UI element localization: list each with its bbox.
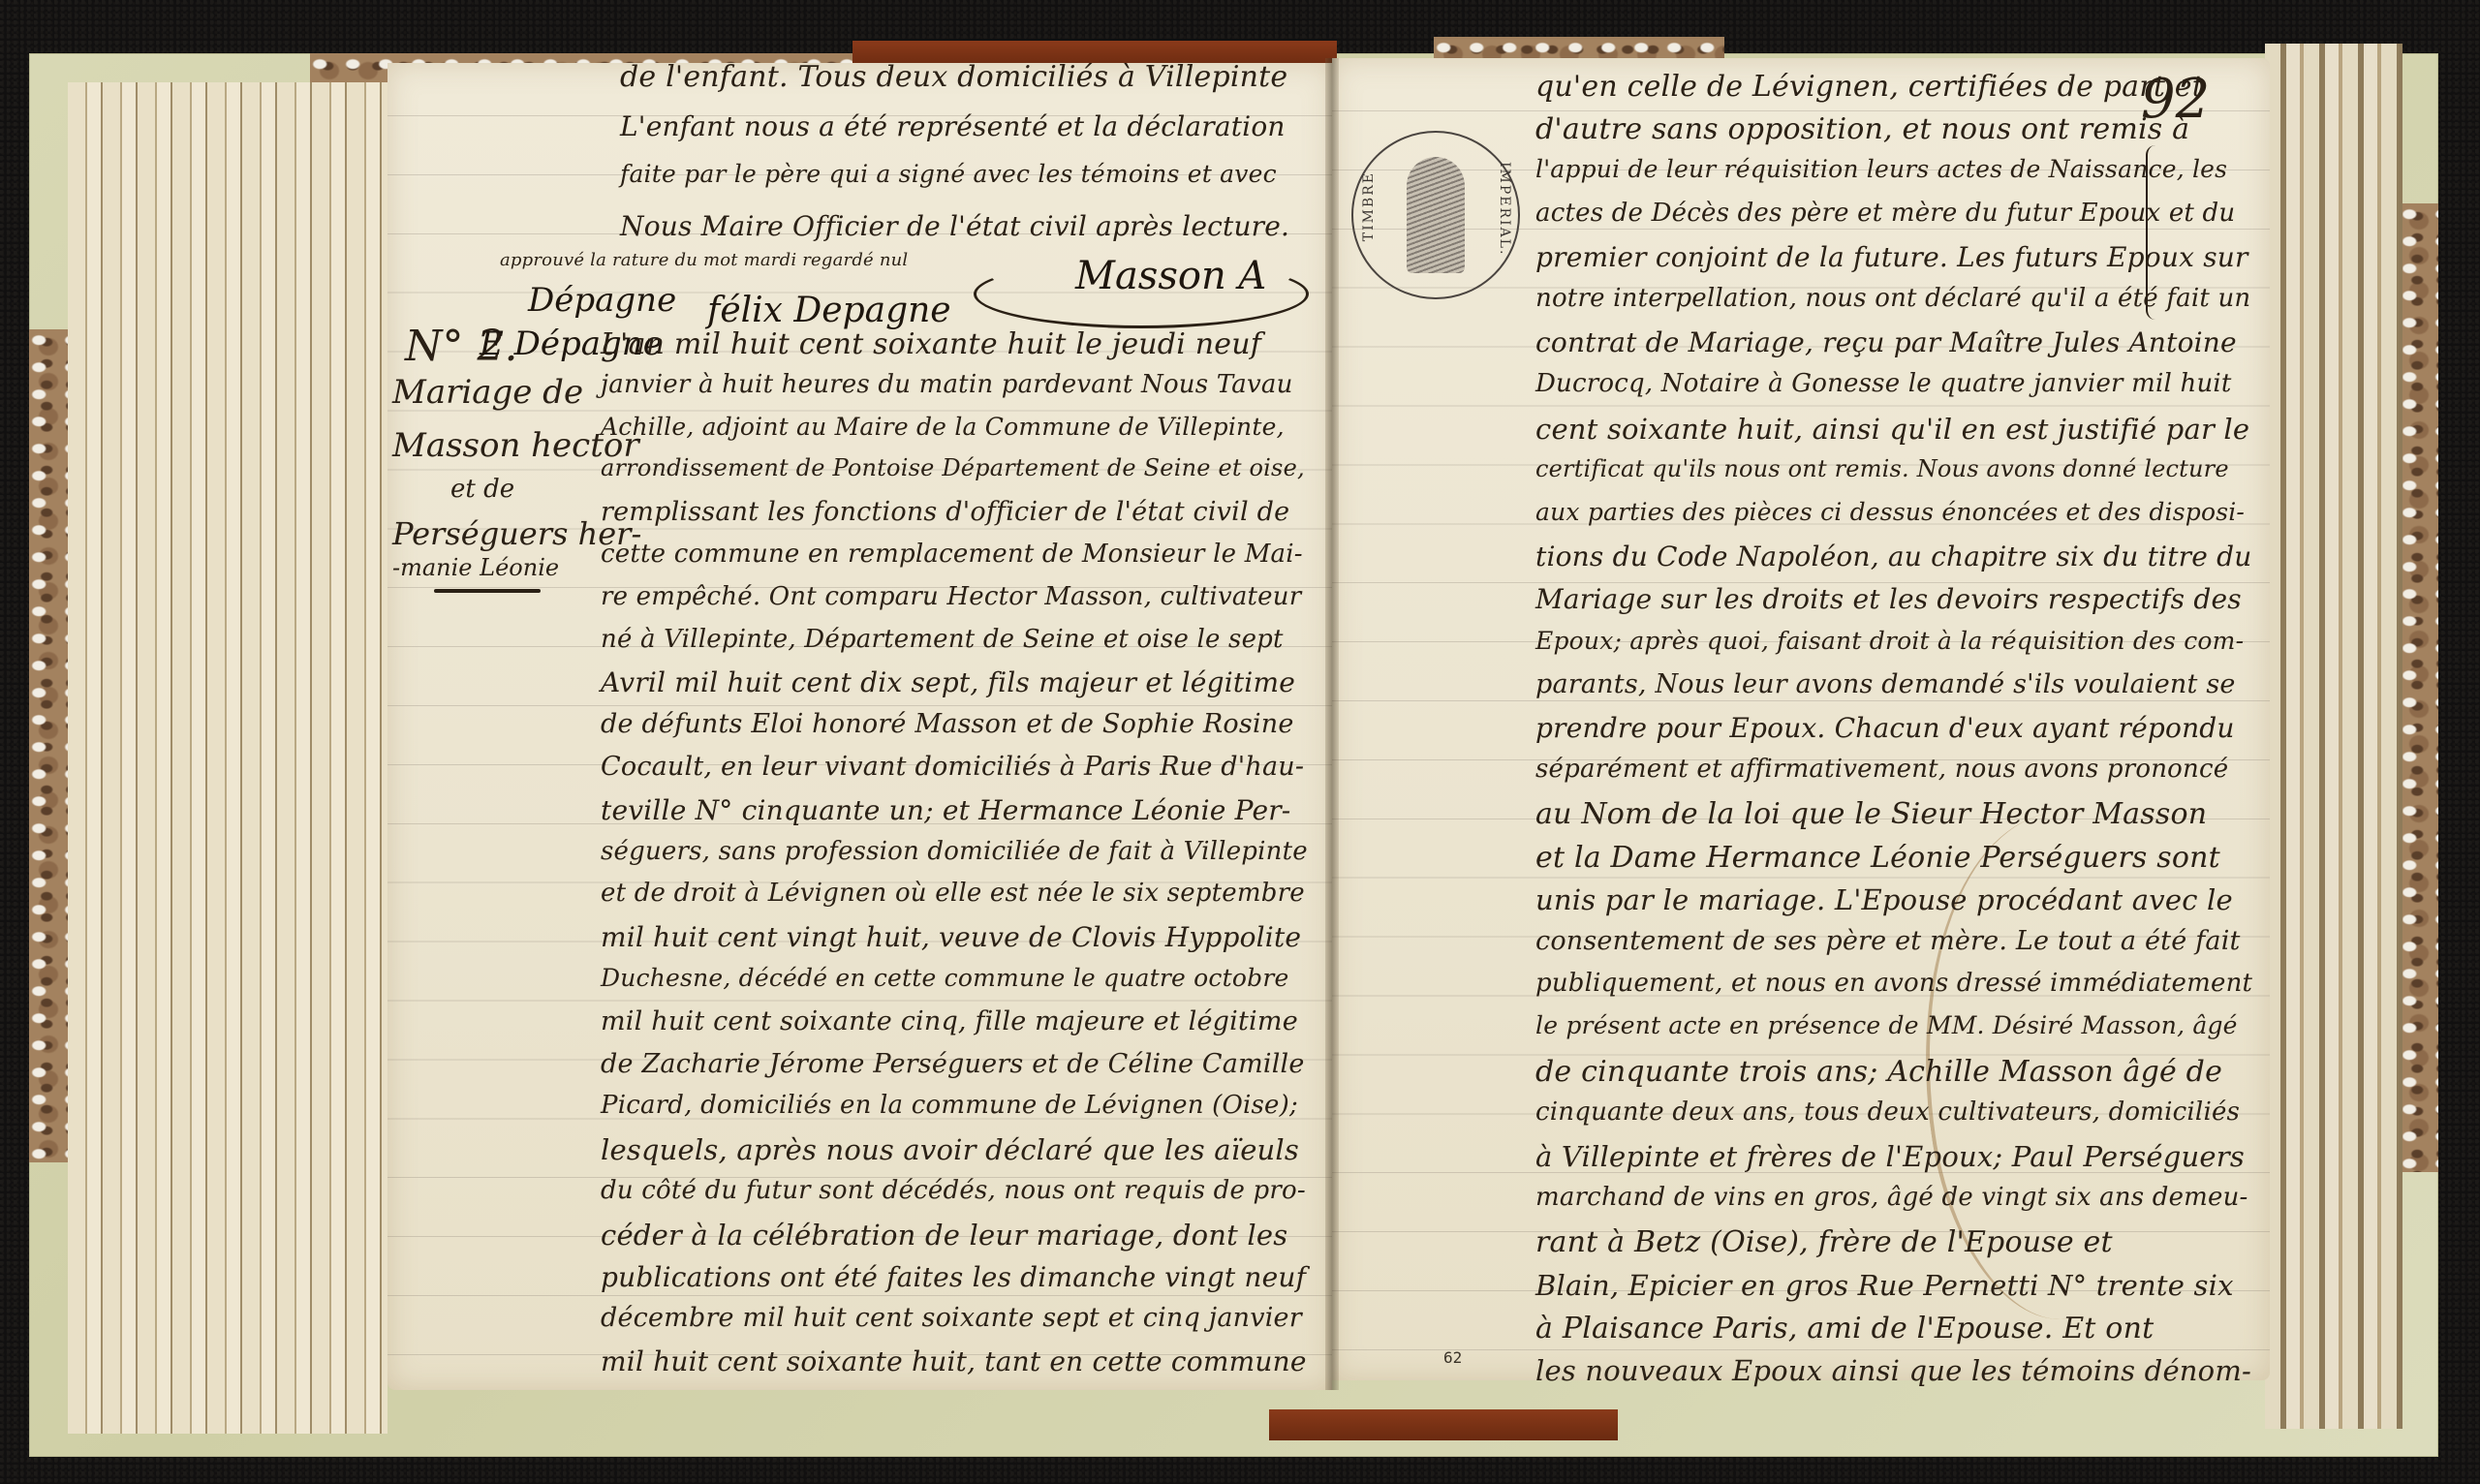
handwritten-line: publiquement, et nous en avons dressé im… (1535, 969, 2252, 998)
handwritten-line: lesquels, après nous avoir déclaré que l… (601, 1133, 1308, 1166)
handwritten-line: Avril mil huit cent dix sept, fils majeu… (601, 666, 1308, 698)
handwritten-line: mil huit cent soixante cinq, fille majeu… (601, 1006, 1308, 1036)
handwritten-line: remplissant les fonctions d'officier de … (601, 497, 1308, 527)
timbre-imperial-stamp: TIMBRE IMPERIAL. (1351, 131, 1520, 299)
handwritten-line: cent soixante huit, ainsi qu'il en est j… (1535, 413, 2252, 446)
handwritten-line: de Zacharie Jérome Perséguers et de Céli… (601, 1049, 1308, 1079)
handwritten-line: arrondissement de Pontoise Département d… (601, 454, 1308, 481)
margin-title-line: Mariage de (392, 373, 583, 412)
leather-spine-bottom (1269, 1409, 1618, 1440)
book-gutter (1325, 58, 1339, 1390)
margin-title-line: -manie Léonie (392, 554, 559, 581)
margin-flourish-line (434, 589, 541, 593)
handwritten-line: teville N° cinquante un; et Hermance Léo… (601, 794, 1308, 826)
handwritten-line: à Villepinte et frères de l'Epoux; Paul … (1535, 1140, 2252, 1173)
handwritten-line: aux parties des pièces ci dessus énoncée… (1535, 498, 2252, 526)
handwritten-line: re empêché. Ont comparu Hector Masson, c… (601, 582, 1308, 611)
handwritten-line: les nouveaux Epoux ainsi que les témoins… (1535, 1354, 2252, 1387)
handwritten-line: consentement de ses père et mère. Le tou… (1535, 926, 2252, 956)
handwritten-line: tions du Code Napoléon, au chapitre six … (1535, 541, 2252, 572)
handwritten-line: prendre pour Epoux. Chacun d'eux ayant r… (1535, 712, 2252, 744)
handwritten-line: unis par le mariage. L'Epouse procédant … (1535, 883, 2252, 916)
handwritten-line: cinquante deux ans, tous deux cultivateu… (1535, 1098, 2252, 1127)
handwritten-line: et la Dame Hermance Léonie Perséguers so… (1535, 841, 2252, 875)
handwritten-line: actes de Décès des père et mère du futur… (1535, 199, 2252, 228)
handwritten-line: certificat qu'ils nous ont remis. Nous a… (1535, 455, 2252, 482)
handwritten-line: Blain, Epicier en gros Rue Pernetti N° t… (1535, 1269, 2252, 1302)
justice-figure-icon (1407, 157, 1465, 273)
handwritten-line: séparément et affirmativement, nous avon… (1535, 755, 2252, 784)
handwritten-line: Achille, adjoint au Maire de la Commune … (601, 413, 1308, 441)
handwritten-line: rant à Betz (Oise), frère de l'Epouse et (1535, 1225, 2252, 1259)
signature-felix-depagne: félix Depagne (707, 291, 951, 330)
handwritten-line: à Plaisance Paris, ami de l'Epouse. Et o… (1535, 1312, 2252, 1345)
handwritten-line: Cocault, en leur vivant domiciliés à Par… (601, 752, 1308, 782)
handwritten-line: Picard, domiciliés en la commune de Lévi… (601, 1091, 1308, 1120)
handwritten-line: mil huit cent vingt huit, veuve de Clovi… (601, 921, 1308, 953)
handwritten-line: L'an mil huit cent soixante huit le jeud… (601, 327, 1308, 361)
handwritten-line: contrat de Mariage, reçu par Maître Jule… (1535, 326, 2252, 358)
handwritten-line: Duchesne, décédé en cette commune le qua… (601, 964, 1308, 992)
handwritten-line: au Nom de la loi que le Sieur Hector Mas… (1535, 797, 2252, 831)
handwritten-line: Nous Maire Officier de l'état civil aprè… (620, 210, 1298, 242)
signature-depagne: Dépagne (528, 281, 676, 320)
handwritten-line: faite par le père qui a signé avec les t… (620, 160, 1298, 188)
margin-title-line: et de (450, 475, 514, 504)
handwritten-line: né à Villepinte, Département de Seine et… (601, 625, 1308, 654)
handwritten-line: parants, Nous leur avons demandé s'ils v… (1535, 669, 2252, 699)
stamp-right-text: IMPERIAL. (1497, 162, 1512, 256)
handwritten-line: de cinquante trois ans; Achille Masson â… (1535, 1055, 2252, 1089)
handwritten-line: L'enfant nous a été représenté et la déc… (620, 110, 1298, 142)
handwritten-line: de l'enfant. Tous deux domiciliés à Vill… (620, 60, 1298, 94)
handwritten-line: céder à la célébration de leur mariage, … (601, 1219, 1308, 1252)
handwritten-line: notre interpellation, nous ont déclaré q… (1535, 284, 2252, 313)
left-page-edges (68, 82, 387, 1434)
handwritten-line: Mariage sur les droits et les devoirs re… (1535, 583, 2252, 615)
handwritten-line: Ducrocq, Notaire à Gonesse le quatre jan… (1535, 369, 2252, 398)
handwritten-line: du côté du futur sont décédés, nous ont … (601, 1176, 1308, 1205)
handwritten-line: d'autre sans opposition, et nous ont rem… (1535, 112, 2252, 146)
page-number: 62 (1443, 1348, 1462, 1367)
right-page-edges (2265, 44, 2402, 1429)
handwritten-line: publications ont été faites les dimanche… (601, 1261, 1308, 1293)
marbled-paper-left (29, 329, 68, 1162)
marbled-paper-right (2400, 203, 2438, 1172)
handwritten-line: premier conjoint de la future. Les futur… (1535, 241, 2252, 273)
handwritten-line: marchand de vins en gros, âgé de vingt s… (1535, 1183, 2252, 1212)
handwritten-line: l'appui de leur réquisition leurs actes … (1535, 155, 2252, 183)
stamp-left-text: TIMBRE (1361, 171, 1377, 241)
handwritten-line: séguers, sans profession domiciliée de f… (601, 837, 1308, 866)
handwritten-line: janvier à huit heures du matin pardevant… (601, 370, 1308, 399)
handwritten-line: le présent acte en présence de MM. Désir… (1535, 1011, 2252, 1039)
handwritten-line: de défunts Eloi honoré Masson et de Soph… (601, 709, 1308, 739)
handwritten-line: mil huit cent soixante huit, tant en cet… (601, 1345, 1308, 1377)
handwritten-line: qu'en celle de Lévignen, certifiées de p… (1535, 70, 2252, 104)
handwritten-line: et de droit à Lévignen où elle est née l… (601, 879, 1308, 908)
handwritten-line: Epoux; après quoi, faisant droit à la ré… (1535, 627, 2252, 655)
approval-note: approuvé la rature du mot mardi regardé … (500, 250, 908, 270)
signature-flourish (974, 260, 1309, 328)
handwritten-line: cette commune en remplacement de Monsieu… (601, 540, 1308, 569)
handwritten-line: décembre mil huit cent soixante sept et … (601, 1303, 1308, 1333)
